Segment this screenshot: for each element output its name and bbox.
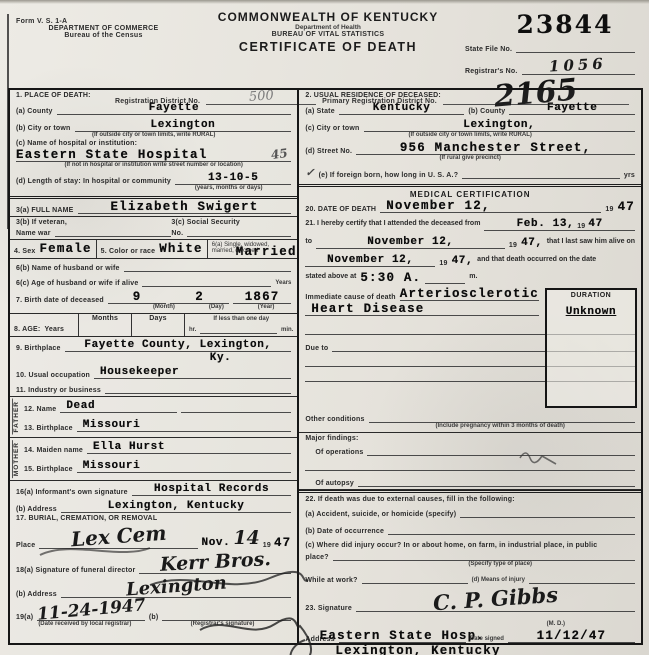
section-cause-of-death: Immediate cause of death Arterioscleroti… (299, 286, 641, 410)
birthplace-value-2: Ky. (210, 352, 232, 364)
occupation-value: Housekeeper (100, 366, 179, 378)
section-date-of-death: 20. DATE OF DEATH November 12, 1947 (299, 200, 641, 215)
residence-city-label: (c) City or town (305, 125, 359, 132)
section-funeral-director: 18(a) Signature of funeral director Kerr… (10, 551, 297, 600)
sex-label: 4. Sex (14, 248, 35, 255)
of-operations-blank (367, 445, 635, 456)
place-city-label: (b) City or town (16, 125, 71, 132)
physician-addr-value-2: Lexington, Kentucky (335, 644, 500, 655)
birth-month-value: 9 (133, 291, 142, 303)
from-year-prefix: 19 (577, 223, 585, 230)
place-hospital-note: (If not in hospital or institution write… (16, 162, 291, 169)
section-full-name: 3(a) FULL NAME Elizabeth Swigert (10, 199, 297, 217)
place-hospital-label: (c) Name of hospital or institution: (16, 140, 291, 147)
section-industry: 11. Industry or business (10, 381, 297, 397)
dod-year-prefix: 19 (605, 206, 613, 213)
veteran-sub-label: Name war (16, 230, 51, 237)
mother-name-label: 14. Maiden name (24, 447, 83, 454)
external-b-label: (b) Date of occurrence (305, 528, 384, 535)
header-agency-block: Form V. S. 1-A DEPARTMENT OF COMMERCE Bu… (16, 10, 191, 75)
date-of-death-label: 20. DATE OF DEATH (305, 206, 376, 213)
section-local-registrar: 19(a) 11-24-1947 (b) (Date received by l… (10, 600, 297, 643)
spouse-age-blank (142, 276, 271, 287)
alive-year-prefix: 19 (439, 260, 447, 267)
header-title-block: COMMONWEALTH OF KENTUCKY Department of H… (191, 10, 465, 75)
registrar-row-label: 19(a) (16, 614, 33, 621)
right-column: 2. USUAL RESIDENCE OF DECEASED: (a) Stat… (299, 90, 641, 643)
certify-to-label: to (305, 234, 312, 249)
section-occupation: 10. Usual occupation Housekeeper (10, 366, 297, 381)
death-certificate-scan: Form V. S. 1-A DEPARTMENT OF COMMERCE Bu… (0, 0, 649, 655)
age-hr-blank (200, 323, 277, 334)
physician-sig-label: 23. Signature (305, 605, 352, 612)
father-birthplace-value: Missouri (83, 419, 141, 431)
full-name-value: Elizabeth Swigert (110, 201, 258, 213)
age-years-caption: Years (44, 326, 64, 333)
section-sex-race-marital: 4. Sex Female 5. Color or race White 6(a… (10, 240, 297, 259)
burial-year: 47 (274, 537, 291, 549)
residence-city-note: (If outside city or town limits, write R… (305, 132, 635, 139)
informant-addr-label: (b) Address (16, 506, 57, 513)
date-signed-value: 11/12/47 (537, 630, 607, 642)
cause-label: Immediate cause of death (305, 294, 395, 301)
residence-foreign-label: (e) If foreign born, how long in U. S. A… (319, 172, 459, 179)
duration-box: DURATION Unknown (545, 288, 637, 408)
external-c-label: (c) Where did injury occur? In or about … (305, 541, 635, 550)
while-at-work-label: While at work? (305, 577, 357, 584)
external-c-blank (333, 550, 635, 561)
section-birthplace: 9. Birthplace Fayette County, Lexington,… (10, 337, 297, 366)
section-spouse: 6(b) Name of husband or wife 6(c) Age of… (10, 259, 297, 289)
birthdate-label: 7. Birth date of deceased (16, 297, 104, 304)
place-county-value: Fayette (149, 102, 199, 114)
marital-value: Married (236, 246, 297, 258)
burial-place-label: Place (16, 542, 35, 549)
scan-edge-shadow (0, 0, 649, 4)
date-of-death-value: November 12, (386, 200, 490, 212)
age-less-caption: If less than one day (189, 316, 293, 323)
commonwealth-title: COMMONWEALTH OF KENTUCKY (191, 10, 465, 24)
section-father: FATHER 12. Name Dead 13. Birthplace Miss… (10, 397, 297, 438)
of-operations-label: Of operations (315, 449, 363, 456)
birthplace-value: Fayette County, Lexington, (84, 339, 271, 351)
other-conditions-note: (Include pregnancy within 3 months of de… (305, 423, 635, 430)
meridiem-label: m. (469, 269, 477, 284)
form-number: Form V. S. 1-A (16, 18, 191, 25)
mother-side-label: MOTHER (12, 440, 20, 478)
section-external-causes: 22. If death was due to external causes,… (299, 490, 641, 586)
state-file-stamp: 23844 (495, 10, 635, 39)
father-side-label: FATHER (12, 399, 20, 435)
section-major-findings: Major findings: Of operations Of autopsy (299, 432, 641, 490)
residence-state-label: (a) State (305, 108, 334, 115)
section-veteran-ssn: 3(b) If veteran, Name war 3(c) Social Se… (10, 217, 297, 240)
birthplace-label: 9. Birthplace (16, 345, 61, 352)
years-suffix: Years (275, 280, 291, 287)
place-hospital-value: Eastern State Hospital (16, 149, 207, 161)
section-other-conditions: Other conditions (Include pregnancy with… (299, 410, 641, 432)
duration-value: Unknown (566, 306, 616, 318)
external-a-label: (a) Accident, suicide, or homicide (spec… (305, 511, 456, 518)
certify-from-date: Feb. 13, (517, 218, 575, 230)
race-value: White (159, 243, 203, 255)
birth-day-value: 2 (195, 291, 204, 303)
burial-place-value: Lex Cem (70, 520, 167, 551)
residence-state-value: Kentucky (373, 102, 431, 114)
informant-sig-value: Hospital Records (154, 483, 269, 495)
burial-date-day: 14 (233, 527, 259, 549)
certificate-header: Form V. S. 1-A DEPARTMENT OF COMMERCE Bu… (0, 0, 649, 75)
father-name-label: 12. Name (24, 406, 56, 413)
place-city-value: Lexington (151, 119, 216, 131)
cause-value-1: Arteriosclerotic (400, 288, 539, 300)
day-caption: (Day) (209, 304, 224, 311)
residence-street-note: (If rural give precinct) (305, 155, 635, 162)
duration-label: DURATION (547, 292, 635, 299)
stated-above-label: stated above at (305, 269, 356, 284)
ssn-label: 3(c) Social Security (171, 219, 291, 226)
registrar-sig-caption: (Registrar's signature) (154, 621, 292, 628)
occupation-label: 10. Usual occupation (16, 372, 90, 379)
to-year-prefix: 19 (509, 242, 517, 249)
residence-county-label: (b) County (468, 108, 505, 115)
month-caption: (Month) (153, 304, 175, 311)
father-name-blank2 (181, 402, 292, 413)
major-findings-label: Major findings: (305, 435, 635, 442)
dod-year-value: 47 (618, 201, 635, 213)
veteran-label: 3(b) If veteran, (16, 219, 171, 226)
residence-street-value: 956 Manchester Street, (400, 142, 591, 154)
funeral-sig-label: 18(a) Signature of funeral director (16, 567, 135, 574)
external-heading: 22. If death was due to external causes,… (305, 496, 635, 503)
alive-year-value: 47, (452, 255, 474, 267)
findings-blank-line (305, 456, 635, 471)
residence-pen-check: ✓ (305, 166, 314, 179)
state-file-blank (516, 42, 635, 53)
ssn-sub-label: No. (171, 230, 183, 237)
residence-foreign-blank (462, 168, 620, 179)
certify-from-label: 21. I hereby certify that I attended the… (305, 216, 480, 231)
department-commerce: DEPARTMENT OF COMMERCE (16, 25, 191, 32)
cause-value-2: Heart Disease (311, 303, 424, 315)
md-caption: (M. D.) (547, 621, 565, 627)
to-year-value: 47, (521, 237, 543, 249)
registrar-sig-blank (162, 610, 291, 621)
registrar-date-caption: (Date received by local registrar) (16, 621, 154, 628)
of-autopsy-label: Of autopsy (315, 480, 354, 487)
section-burial: 17. BURIAL, CREMATION, OR REMOVAL Place … (10, 515, 297, 551)
funeral-sig-value: Kerr Bros. (159, 548, 271, 576)
certify-end-label: and that death occurred on the date (477, 252, 596, 267)
of-autopsy-blank (358, 476, 635, 487)
place-stay-value: 13-10-5 (208, 172, 258, 184)
age-months-caption: Months (92, 315, 118, 322)
certificate-title: CERTIFICATE OF DEATH (191, 40, 465, 54)
while-at-work-blank (362, 573, 468, 584)
race-label: 5. Color or race (101, 248, 156, 255)
industry-label: 11. Industry or business (16, 387, 101, 394)
external-c-label-2: place? (305, 554, 328, 561)
department-health: Department of Health (191, 24, 465, 31)
burial-date-month: Nov. (202, 537, 231, 549)
age-hr-caption: hr. (189, 327, 196, 334)
registrar-no-label: Registrar's No. (465, 68, 518, 75)
other-conditions-blank (369, 412, 635, 423)
section-physician-signature: 23. Signature C. P. Gibbs (M. D.) Addres… (299, 586, 641, 655)
section-informant: 16(a) Informant's own signature Hospital… (10, 481, 297, 515)
place-stay-label: (d) Length of stay: In hospital or commu… (16, 178, 171, 185)
residence-city-value: Lexington, (463, 119, 535, 131)
veteran-blank (55, 226, 172, 237)
informant-addr-value: Lexington, Kentucky (108, 500, 245, 512)
residence-street-label: (d) Street No. (305, 148, 352, 155)
registrar-b-label: (b) (149, 614, 159, 621)
bureau-census: Bureau of the Census (16, 32, 191, 39)
form-body: 1. PLACE OF DEATH: (a) County Fayette (b… (8, 88, 643, 645)
alive-date-value: November 12, (327, 254, 413, 266)
section-residence: 2. USUAL RESIDENCE OF DECEASED: (a) Stat… (299, 90, 641, 187)
year-caption: (Year) (258, 304, 275, 311)
full-name-label: 3(a) FULL NAME (16, 207, 74, 214)
header-file-block: 23844 State File No. Registrar's No. 105… (465, 10, 635, 75)
place-county-label: (a) County (16, 108, 53, 115)
section-age: 8. AGE: Years Months Days If less than o… (10, 314, 297, 337)
from-year-value: 47 (588, 218, 602, 230)
section-mother: MOTHER 14. Maiden name Ella Hurst 15. Bi… (10, 438, 297, 481)
mother-birthplace-value: Missouri (83, 460, 141, 472)
spouse-age-label: 6(c) Age of husband or wife if alive (16, 280, 138, 287)
certify-to-date: November 12, (367, 236, 453, 248)
other-conditions-label: Other conditions (305, 416, 364, 423)
left-column: 1. PLACE OF DEATH: (a) County Fayette (b… (10, 90, 299, 643)
mother-name-value: Ella Hurst (93, 441, 165, 453)
section-certification-statement: 21. I hereby certify that I attended the… (299, 215, 641, 286)
ssn-blank (187, 226, 291, 237)
birth-year-value: 1867 (245, 291, 280, 303)
sex-value: Female (39, 243, 91, 255)
spouse-label: 6(b) Name of husband or wife (16, 265, 120, 272)
due-to-label: Due to (305, 345, 328, 352)
place-stay-note: (years, months or days) (16, 185, 291, 192)
place-city-note: (If outside city or town limits, write R… (16, 132, 291, 139)
mother-birthplace-label: 15. Birthplace (24, 466, 73, 473)
external-c-note: (Specify type of place) (305, 561, 635, 568)
certify-alive-label: that I last saw him alive on (547, 234, 635, 249)
bureau-vital-statistics: BUREAU OF VITAL STATISTICS (191, 31, 465, 38)
residence-heading: 2. USUAL RESIDENCE OF DECEASED: (305, 92, 635, 99)
residence-foreign-suffix: yrs (624, 172, 635, 179)
informant-sig-label: 16(a) Informant's own signature (16, 489, 128, 496)
external-b-blank (388, 524, 635, 535)
age-label: 8. AGE: (14, 326, 40, 333)
registrar-no-value: 1056 (549, 55, 608, 76)
funeral-addr-label: (b) Address (16, 591, 57, 598)
spouse-blank (124, 261, 292, 272)
section-place-of-death: 1. PLACE OF DEATH: (a) County Fayette (b… (10, 90, 297, 199)
industry-blank (105, 383, 291, 394)
section-birth-date: 7. Birth date of deceased 9 2 1867 (Mont… (10, 289, 297, 314)
means-of-injury-label: (d) Means of injury (472, 577, 525, 584)
physician-sig-value: C. P. Gibbs (432, 582, 558, 616)
time-blank (425, 273, 465, 284)
state-file-label: State File No. (465, 46, 512, 53)
father-birthplace-label: 13. Birthplace (24, 425, 73, 432)
age-min-caption: min. (281, 327, 293, 334)
time-of-death-value: 5:30 A. (360, 272, 421, 284)
place-heading: 1. PLACE OF DEATH: (16, 92, 291, 99)
age-days-caption: Days (149, 315, 167, 322)
father-name-value: Dead (66, 400, 95, 412)
residence-county-value: Fayette (547, 102, 597, 114)
external-a-blank (460, 507, 635, 518)
hospital-pen-mark: 45 (271, 146, 289, 162)
